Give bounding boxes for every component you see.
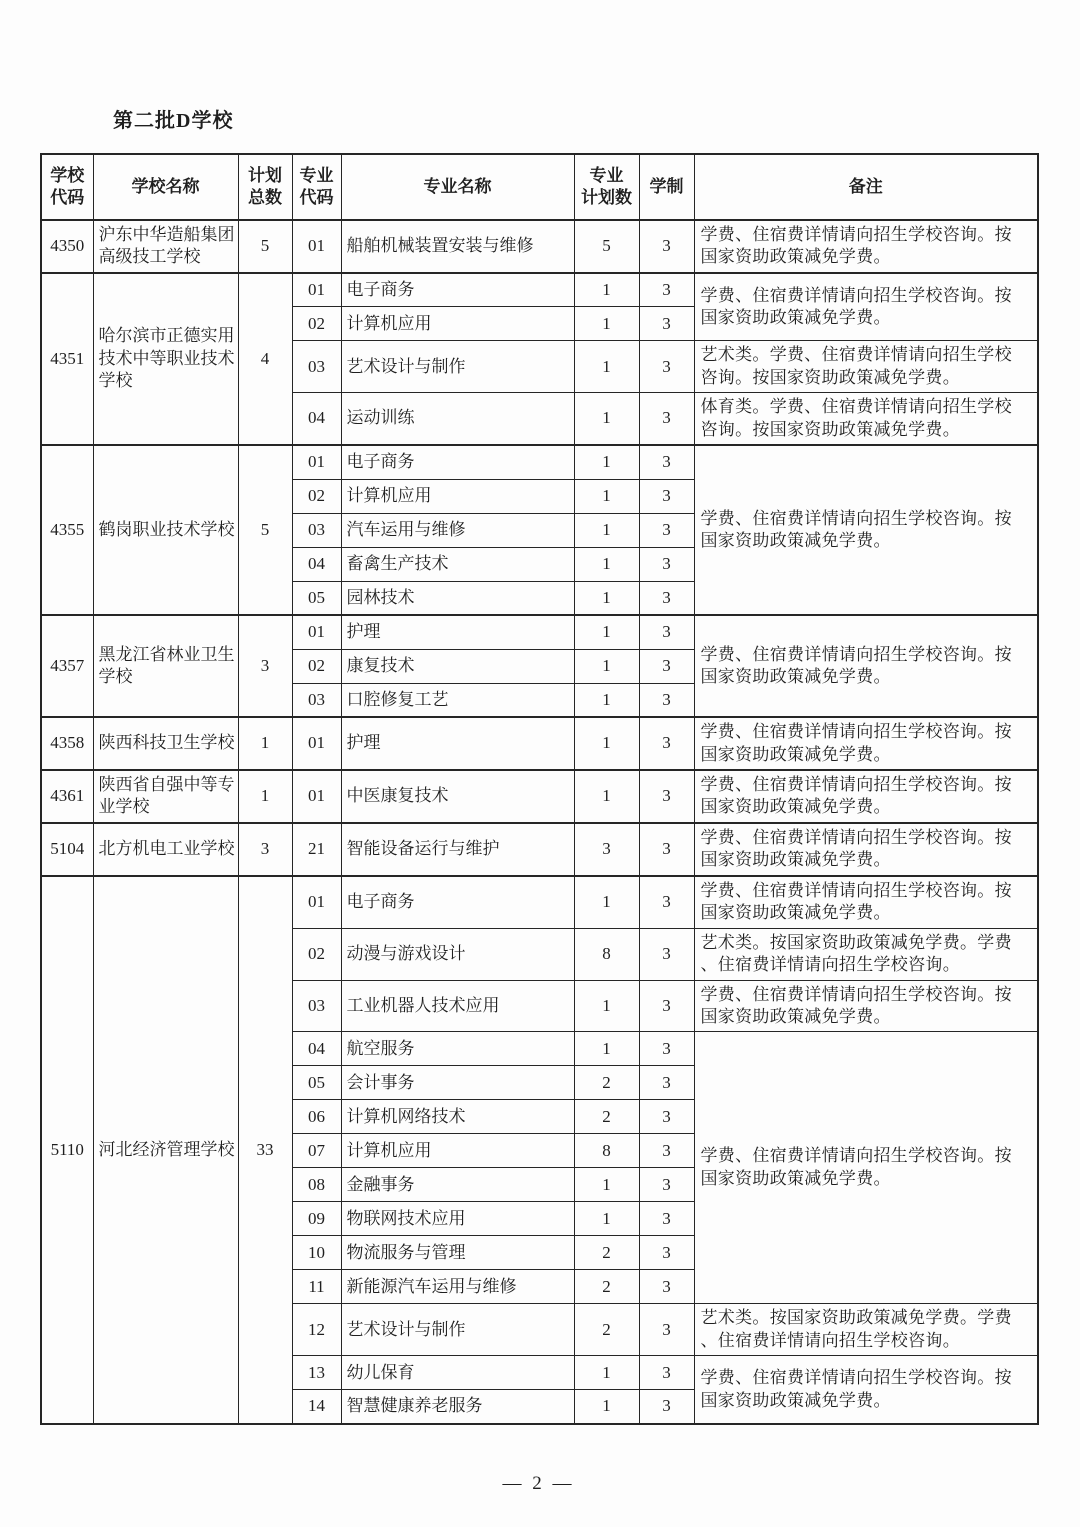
years-cell: 3 [639, 876, 694, 928]
header-row: 学校 代码学校名称计划 总数专业 代码专业名称专业 计划数学制备注 [41, 154, 1038, 220]
plan-total-cell: 1 [238, 770, 292, 823]
major-code-cell: 08 [292, 1168, 341, 1202]
remark-cell: 学费、住宿费详情请向招生学校咨询。按国家资助政策减免学费。 [694, 220, 1038, 273]
table-body: 4350沪东中华造船集团高级技工学校501船舶机械装置安装与维修53学费、住宿费… [41, 220, 1038, 1424]
major-plan-cell: 1 [574, 876, 639, 928]
school-code-cell: 4361 [41, 770, 93, 823]
table-row: 5110河北经济管理学校3301电子商务13学费、住宿费详情请向招生学校咨询。按… [41, 876, 1038, 928]
years-cell: 3 [639, 1100, 694, 1134]
major-plan-cell: 1 [574, 445, 639, 479]
major-code-cell: 03 [292, 980, 341, 1032]
major-name-cell: 金融事务 [341, 1168, 574, 1202]
major-code-cell: 06 [292, 1100, 341, 1134]
major-plan-cell: 1 [574, 581, 639, 615]
major-code-cell: 04 [292, 393, 341, 445]
plan-total-cell: 4 [238, 273, 292, 445]
major-plan-cell: 2 [574, 1304, 639, 1356]
major-name-cell: 汽车运用与维修 [341, 513, 574, 547]
column-header: 专业名称 [341, 154, 574, 220]
major-plan-cell: 1 [574, 615, 639, 649]
major-plan-cell: 1 [574, 513, 639, 547]
school-code-cell: 4358 [41, 717, 93, 770]
major-name-cell: 艺术设计与制作 [341, 341, 574, 393]
major-code-cell: 10 [292, 1236, 341, 1270]
table-header: 学校 代码学校名称计划 总数专业 代码专业名称专业 计划数学制备注 [41, 154, 1038, 220]
major-plan-cell: 2 [574, 1270, 639, 1304]
remark-cell: 学费、住宿费详情请向招生学校咨询。按国家资助政策减免学费。 [694, 273, 1038, 341]
major-plan-cell: 1 [574, 1390, 639, 1424]
major-name-cell: 护理 [341, 717, 574, 770]
document-page: 第二批D学校 学校 代码学校名称计划 总数专业 代码专业名称专业 计划数学制备注… [0, 0, 1080, 1527]
major-code-cell: 12 [292, 1304, 341, 1356]
years-cell: 3 [639, 823, 694, 876]
major-code-cell: 13 [292, 1356, 341, 1390]
major-plan-cell: 1 [574, 683, 639, 717]
remark-cell: 学费、住宿费详情请向招生学校咨询。按国家资助政策减免学费。 [694, 615, 1038, 717]
school-name-cell: 北方机电工业学校 [93, 823, 238, 876]
years-cell: 3 [639, 928, 694, 980]
years-cell: 3 [639, 479, 694, 513]
plan-total-cell: 3 [238, 615, 292, 717]
column-header: 备注 [694, 154, 1038, 220]
major-name-cell: 航空服务 [341, 1032, 574, 1066]
major-code-cell: 04 [292, 547, 341, 581]
major-plan-cell: 3 [574, 823, 639, 876]
column-header: 学校名称 [93, 154, 238, 220]
major-code-cell: 02 [292, 649, 341, 683]
major-code-cell: 01 [292, 445, 341, 479]
remark-cell: 艺术类。按国家资助政策减免学费。学费、住宿费详情请向招生学校咨询。 [694, 928, 1038, 980]
major-code-cell: 05 [292, 1066, 341, 1100]
major-plan-cell: 1 [574, 717, 639, 770]
school-name-cell: 鹤岗职业技术学校 [93, 445, 238, 615]
years-cell: 3 [639, 220, 694, 273]
major-name-cell: 计算机应用 [341, 1134, 574, 1168]
years-cell: 3 [639, 770, 694, 823]
major-code-cell: 09 [292, 1202, 341, 1236]
major-code-cell: 01 [292, 220, 341, 273]
years-cell: 3 [639, 273, 694, 307]
plan-total-cell: 1 [238, 717, 292, 770]
major-code-cell: 01 [292, 615, 341, 649]
school-name-cell: 沪东中华造船集团高级技工学校 [93, 220, 238, 273]
major-code-cell: 03 [292, 513, 341, 547]
major-name-cell: 电子商务 [341, 273, 574, 307]
remark-cell: 艺术类。按国家资助政策减免学费。学费、住宿费详情请向招生学校咨询。 [694, 1304, 1038, 1356]
major-name-cell: 幼儿保育 [341, 1356, 574, 1390]
remark-cell: 艺术类。学费、住宿费详情请向招生学校咨询。按国家资助政策减免学费。 [694, 341, 1038, 393]
major-code-cell: 03 [292, 683, 341, 717]
school-code-cell: 4355 [41, 445, 93, 615]
major-plan-cell: 1 [574, 1202, 639, 1236]
table-row: 4350沪东中华造船集团高级技工学校501船舶机械装置安装与维修53学费、住宿费… [41, 220, 1038, 273]
years-cell: 3 [639, 445, 694, 479]
major-code-cell: 03 [292, 341, 341, 393]
years-cell: 3 [639, 341, 694, 393]
remark-cell: 学费、住宿费详情请向招生学校咨询。按国家资助政策减免学费。 [694, 770, 1038, 823]
major-name-cell: 新能源汽车运用与维修 [341, 1270, 574, 1304]
major-plan-cell: 1 [574, 1168, 639, 1202]
major-code-cell: 02 [292, 479, 341, 513]
remark-cell: 学费、住宿费详情请向招生学校咨询。按国家资助政策减免学费。 [694, 717, 1038, 770]
major-name-cell: 船舶机械装置安装与维修 [341, 220, 574, 273]
major-name-cell: 中医康复技术 [341, 770, 574, 823]
plan-total-cell: 33 [238, 876, 292, 1424]
major-name-cell: 智能设备运行与维护 [341, 823, 574, 876]
major-name-cell: 计算机应用 [341, 307, 574, 341]
major-name-cell: 工业机器人技术应用 [341, 980, 574, 1032]
school-name-cell: 河北经济管理学校 [93, 876, 238, 1424]
major-plan-cell: 2 [574, 1066, 639, 1100]
years-cell: 3 [639, 1134, 694, 1168]
major-name-cell: 电子商务 [341, 876, 574, 928]
major-plan-cell: 1 [574, 547, 639, 581]
school-name-cell: 陕西省自强中等专业学校 [93, 770, 238, 823]
years-cell: 3 [639, 513, 694, 547]
major-plan-cell: 1 [574, 649, 639, 683]
major-name-cell: 护理 [341, 615, 574, 649]
plan-total-cell: 3 [238, 823, 292, 876]
major-plan-cell: 1 [574, 1032, 639, 1066]
years-cell: 3 [639, 1390, 694, 1424]
school-name-cell: 黑龙江省林业卫生学校 [93, 615, 238, 717]
years-cell: 3 [639, 307, 694, 341]
years-cell: 3 [639, 581, 694, 615]
admission-table: 学校 代码学校名称计划 总数专业 代码专业名称专业 计划数学制备注 4350沪东… [40, 153, 1039, 1425]
years-cell: 3 [639, 1066, 694, 1100]
major-plan-cell: 2 [574, 1236, 639, 1270]
major-name-cell: 园林技术 [341, 581, 574, 615]
major-name-cell: 物联网技术应用 [341, 1202, 574, 1236]
remark-cell: 学费、住宿费详情请向招生学校咨询。按国家资助政策减免学费。 [694, 980, 1038, 1032]
plan-total-cell: 5 [238, 445, 292, 615]
years-cell: 3 [639, 615, 694, 649]
table-row: 5104北方机电工业学校321智能设备运行与维护33学费、住宿费详情请向招生学校… [41, 823, 1038, 876]
table-row: 4355鹤岗职业技术学校501电子商务13学费、住宿费详情请向招生学校咨询。按国… [41, 445, 1038, 479]
school-name-cell: 陕西科技卫生学校 [93, 717, 238, 770]
major-name-cell: 电子商务 [341, 445, 574, 479]
remark-cell: 学费、住宿费详情请向招生学校咨询。按国家资助政策减免学费。 [694, 1032, 1038, 1304]
column-header: 计划 总数 [238, 154, 292, 220]
years-cell: 3 [639, 1356, 694, 1390]
major-name-cell: 运动训练 [341, 393, 574, 445]
years-cell: 3 [639, 1032, 694, 1066]
major-plan-cell: 1 [574, 980, 639, 1032]
years-cell: 3 [639, 1236, 694, 1270]
years-cell: 3 [639, 980, 694, 1032]
years-cell: 3 [639, 1168, 694, 1202]
column-header: 专业 代码 [292, 154, 341, 220]
school-code-cell: 5104 [41, 823, 93, 876]
major-code-cell: 01 [292, 770, 341, 823]
major-code-cell: 11 [292, 1270, 341, 1304]
years-cell: 3 [639, 649, 694, 683]
major-plan-cell: 1 [574, 770, 639, 823]
major-code-cell: 04 [292, 1032, 341, 1066]
major-code-cell: 01 [292, 273, 341, 307]
major-code-cell: 02 [292, 928, 341, 980]
major-name-cell: 畜禽生产技术 [341, 547, 574, 581]
major-code-cell: 01 [292, 876, 341, 928]
years-cell: 3 [639, 547, 694, 581]
school-code-cell: 4357 [41, 615, 93, 717]
major-name-cell: 计算机网络技术 [341, 1100, 574, 1134]
major-plan-cell: 2 [574, 1100, 639, 1134]
column-header: 学校 代码 [41, 154, 93, 220]
major-plan-cell: 1 [574, 479, 639, 513]
school-code-cell: 5110 [41, 876, 93, 1424]
table-row: 4351哈尔滨市正德实用技术中等职业技术学校401电子商务13学费、住宿费详情请… [41, 273, 1038, 307]
major-plan-cell: 8 [574, 928, 639, 980]
major-plan-cell: 1 [574, 307, 639, 341]
major-name-cell: 计算机应用 [341, 479, 574, 513]
major-code-cell: 02 [292, 307, 341, 341]
major-code-cell: 01 [292, 717, 341, 770]
column-header: 学制 [639, 154, 694, 220]
major-name-cell: 会计事务 [341, 1066, 574, 1100]
school-code-cell: 4351 [41, 273, 93, 445]
remark-cell: 学费、住宿费详情请向招生学校咨询。按国家资助政策减免学费。 [694, 1356, 1038, 1424]
major-plan-cell: 1 [574, 393, 639, 445]
plan-total-cell: 5 [238, 220, 292, 273]
years-cell: 3 [639, 393, 694, 445]
years-cell: 3 [639, 1202, 694, 1236]
remark-cell: 体育类。学费、住宿费详情请向招生学校咨询。按国家资助政策减免学费。 [694, 393, 1038, 445]
remark-cell: 学费、住宿费详情请向招生学校咨询。按国家资助政策减免学费。 [694, 445, 1038, 615]
page-title: 第二批D学校 [113, 0, 1080, 133]
column-header: 专业 计划数 [574, 154, 639, 220]
major-name-cell: 物流服务与管理 [341, 1236, 574, 1270]
major-plan-cell: 8 [574, 1134, 639, 1168]
major-name-cell: 口腔修复工艺 [341, 683, 574, 717]
major-name-cell: 动漫与游戏设计 [341, 928, 574, 980]
years-cell: 3 [639, 683, 694, 717]
school-name-cell: 哈尔滨市正德实用技术中等职业技术学校 [93, 273, 238, 445]
years-cell: 3 [639, 717, 694, 770]
major-plan-cell: 1 [574, 1356, 639, 1390]
years-cell: 3 [639, 1304, 694, 1356]
major-code-cell: 21 [292, 823, 341, 876]
page-number: — 2 — [40, 1473, 1037, 1495]
school-code-cell: 4350 [41, 220, 93, 273]
years-cell: 3 [639, 1270, 694, 1304]
major-name-cell: 智慧健康养老服务 [341, 1390, 574, 1424]
major-code-cell: 07 [292, 1134, 341, 1168]
remark-cell: 学费、住宿费详情请向招生学校咨询。按国家资助政策减免学费。 [694, 823, 1038, 876]
remark-cell: 学费、住宿费详情请向招生学校咨询。按国家资助政策减免学费。 [694, 876, 1038, 928]
major-plan-cell: 1 [574, 341, 639, 393]
major-plan-cell: 1 [574, 273, 639, 307]
major-code-cell: 05 [292, 581, 341, 615]
table-row: 4358陕西科技卫生学校101护理13学费、住宿费详情请向招生学校咨询。按国家资… [41, 717, 1038, 770]
major-plan-cell: 5 [574, 220, 639, 273]
table-row: 4361陕西省自强中等专业学校101中医康复技术13学费、住宿费详情请向招生学校… [41, 770, 1038, 823]
major-code-cell: 14 [292, 1390, 341, 1424]
major-name-cell: 康复技术 [341, 649, 574, 683]
table-row: 4357黑龙江省林业卫生学校301护理13学费、住宿费详情请向招生学校咨询。按国… [41, 615, 1038, 649]
major-name-cell: 艺术设计与制作 [341, 1304, 574, 1356]
